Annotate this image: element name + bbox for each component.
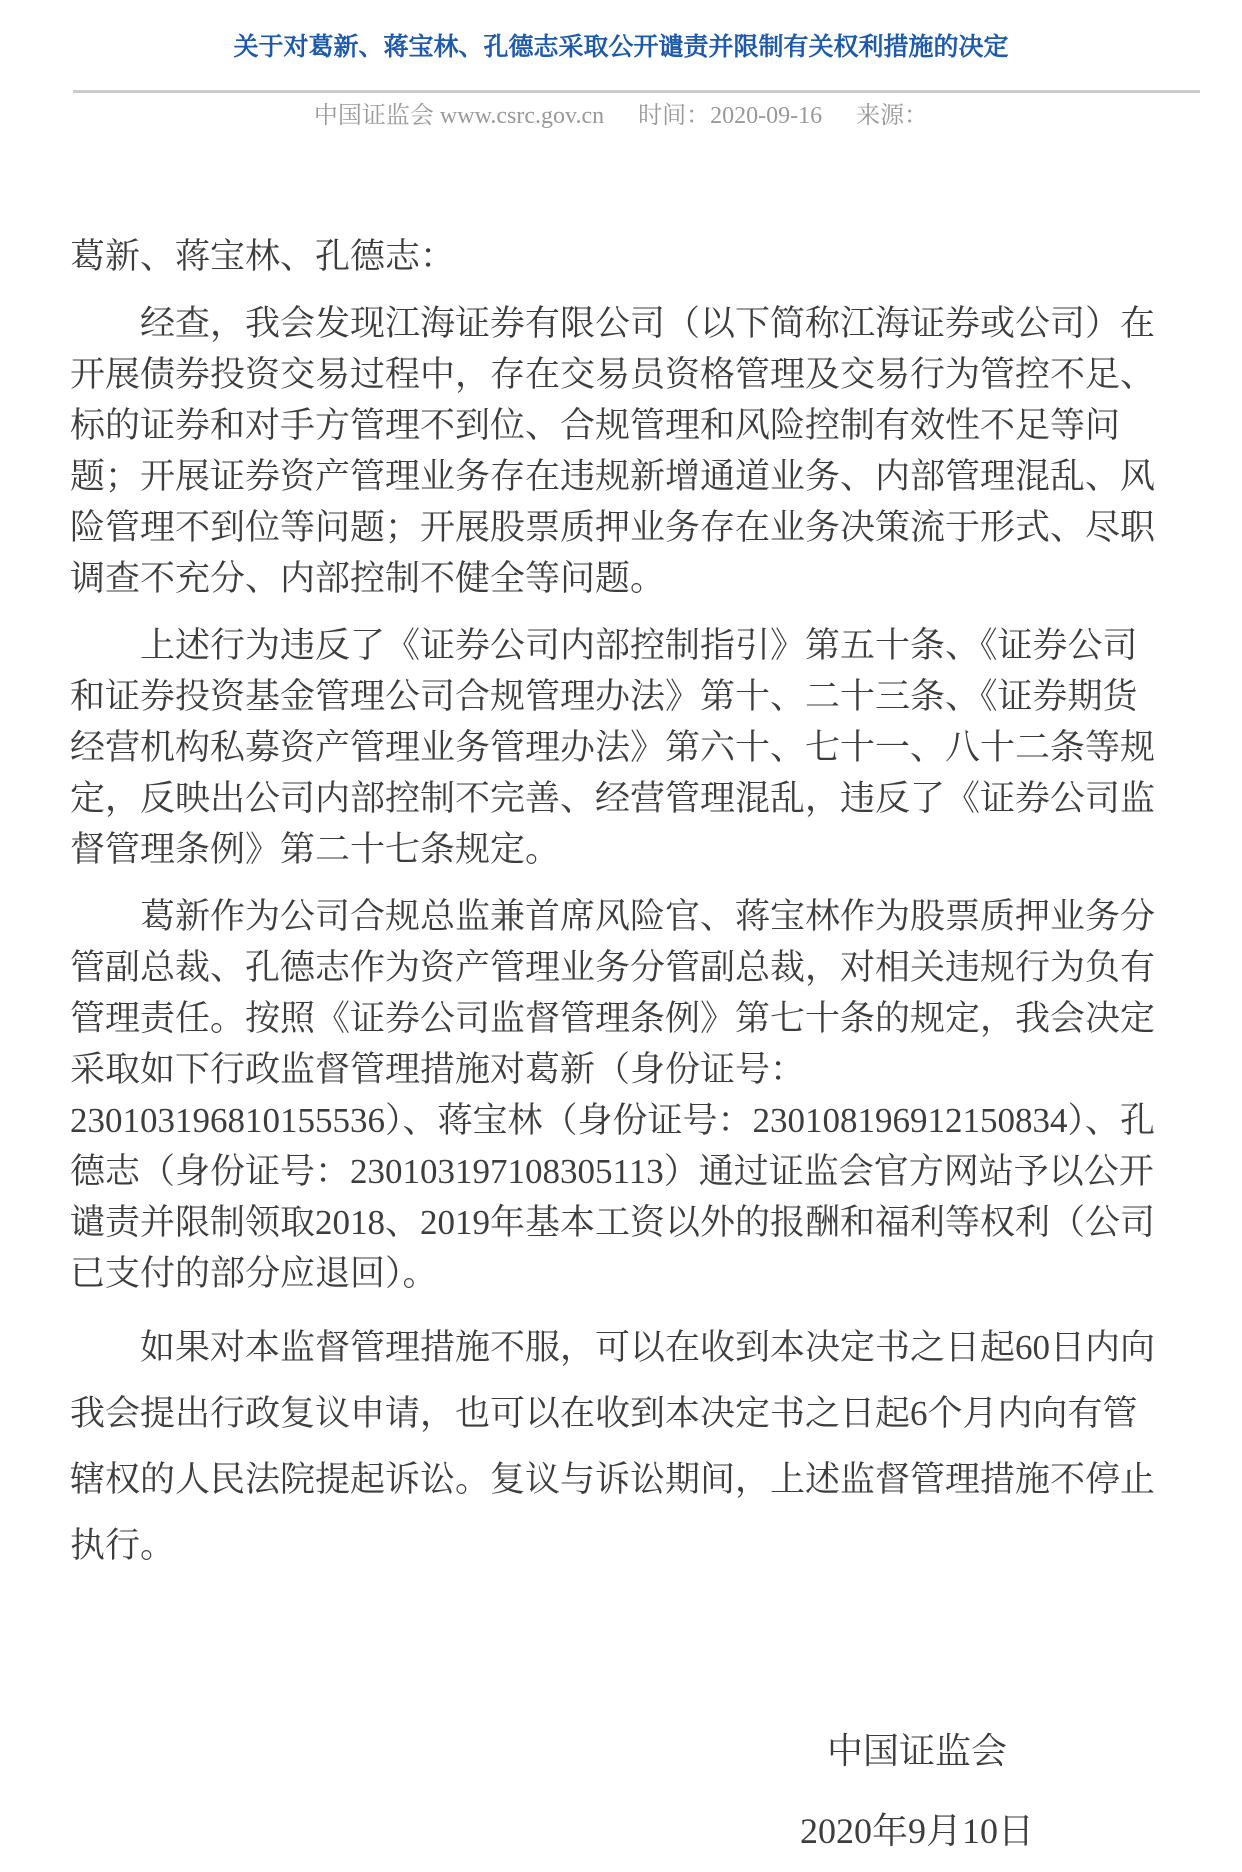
body-paragraph-1: 经查，我会发现江海证券有限公司（以下简称江海证券或公司）在开展债券投资交易过程中… — [70, 298, 1172, 604]
signature-block: 中国证监会 2020年9月10日 — [702, 1711, 1132, 1871]
header-divider — [73, 90, 1200, 93]
article-body: 葛新、蒋宝林、孔德志： 经查，我会发现江海证券有限公司（以下简称江海证券或公司）… — [70, 231, 1172, 1871]
meta-time-label: 时间： — [638, 103, 710, 129]
body-paragraph-2: 上述行为违反了《证券公司内部控制指引》第五十条、《证券公司和证券投资基金管理公司… — [70, 620, 1172, 875]
meta-time-value: 2020-09-16 — [710, 103, 822, 129]
meta-source-name: 中国证监会 — [314, 103, 434, 129]
meta-origin-label: 来源： — [856, 103, 928, 129]
page-title: 关于对葛新、蒋宝林、孔德志采取公开谴责并限制有关权利措施的决定 — [0, 0, 1242, 64]
meta-source-url: www.csrc.gov.cn — [440, 103, 604, 129]
article-meta: 中国证监会 www.csrc.gov.cn时间：2020-09-16来源： — [0, 100, 1242, 132]
signature-date: 2020年9月10日 — [702, 1791, 1132, 1871]
body-paragraph-3: 葛新作为公司合规总监兼首席风险官、蒋宝林作为股票质押业务分管副总裁、孔德志作为资… — [70, 891, 1172, 1299]
signature-org: 中国证监会 — [702, 1711, 1132, 1791]
document-page: 关于对葛新、蒋宝林、孔德志采取公开谴责并限制有关权利措施的决定 中国证监会 ww… — [0, 0, 1242, 1872]
body-paragraph-4: 如果对本监督管理措施不服，可以在收到本决定书之日起60日内向我会提出行政复议申请… — [70, 1315, 1172, 1579]
salutation-line: 葛新、蒋宝林、孔德志： — [70, 231, 1172, 282]
